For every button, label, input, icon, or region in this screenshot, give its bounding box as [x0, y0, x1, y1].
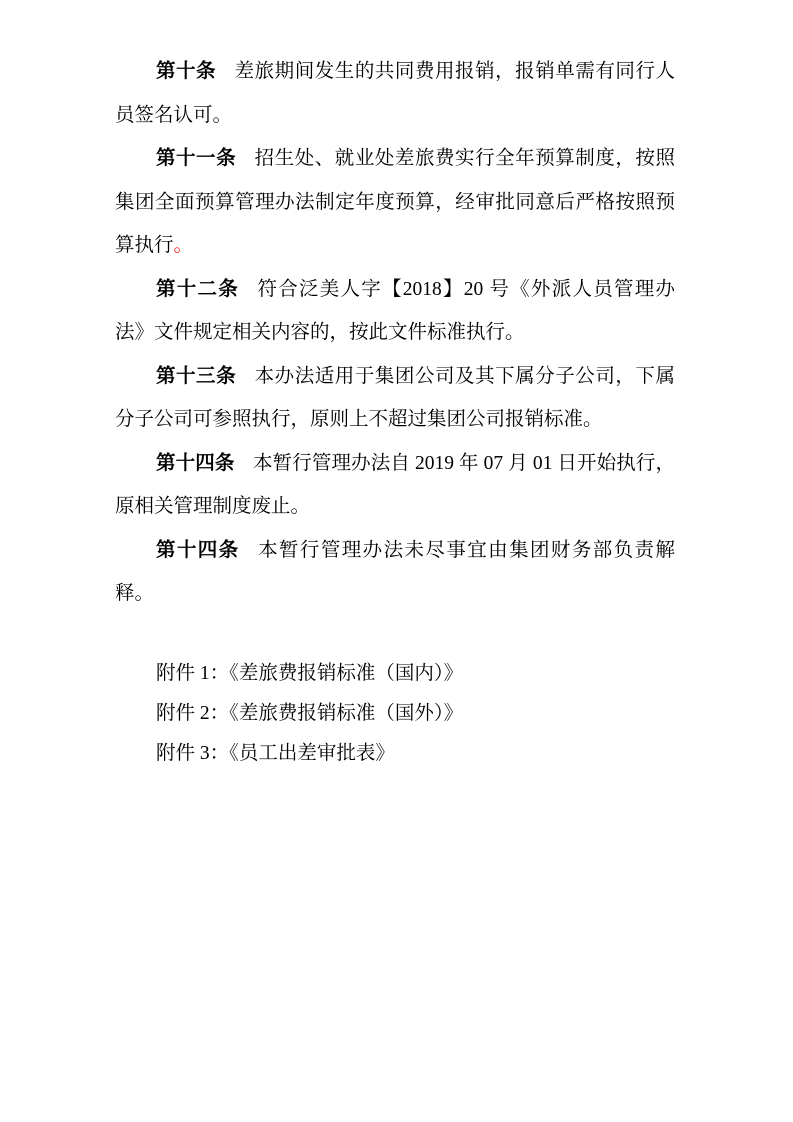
article-paragraph: 第十条差旅期间发生的共同费用报销，报销单需有同行人员签名认可。 [115, 50, 675, 137]
article-label: 第十四条 [156, 453, 235, 474]
attachment-text: 附件 3：《员工出差审批表》 [156, 743, 395, 764]
attachment-item: 附件 1：《差旅费报销标准（国内）》 [115, 654, 675, 694]
attachments-section: 附件 1：《差旅费报销标准（国内）》 附件 2：《差旅费报销标准（国外）》 附件… [115, 654, 675, 774]
attachment-text: 附件 2：《差旅费报销标准（国外）》 [156, 703, 463, 724]
article-label: 第十二条 [156, 279, 239, 300]
article-paragraph: 第十三条本办法适用于集团公司及其下属分子公司，下属分子公司可参照执行，原则上不超… [115, 355, 675, 442]
article-suffix: 。 [174, 235, 194, 256]
articles-section: 第十条差旅期间发生的共同费用报销，报销单需有同行人员签名认可。 第十一条招生处、… [115, 50, 675, 616]
article-paragraph: 第十四条本暂行管理办法自 2019 年 07 月 01 日开始执行，原相关管理制… [115, 442, 675, 529]
attachment-text: 附件 1：《差旅费报销标准（国内）》 [156, 663, 463, 684]
article-label: 第十三条 [156, 366, 236, 387]
attachment-item: 附件 2：《差旅费报销标准（国外）》 [115, 694, 675, 734]
article-paragraph: 第十一条招生处、就业处差旅费实行全年预算制度，按照集团全面预算管理办法制定年度预… [115, 137, 675, 268]
article-paragraph: 第十二条符合泛美人字【2018】20 号《外派人员管理办法》文件规定相关内容的，… [115, 268, 675, 355]
document-content: 第十条差旅期间发生的共同费用报销，报销单需有同行人员签名认可。 第十一条招生处、… [0, 0, 793, 774]
attachment-item: 附件 3：《员工出差审批表》 [115, 734, 675, 774]
document-page: 第十条差旅期间发生的共同费用报销，报销单需有同行人员签名认可。 第十一条招生处、… [0, 0, 793, 1122]
article-label: 第十四条 [156, 540, 240, 561]
article-paragraph: 第十四条本暂行管理办法未尽事宜由集团财务部负责解释。 [115, 529, 675, 616]
article-label: 第十条 [156, 61, 216, 82]
article-label: 第十一条 [156, 148, 236, 169]
